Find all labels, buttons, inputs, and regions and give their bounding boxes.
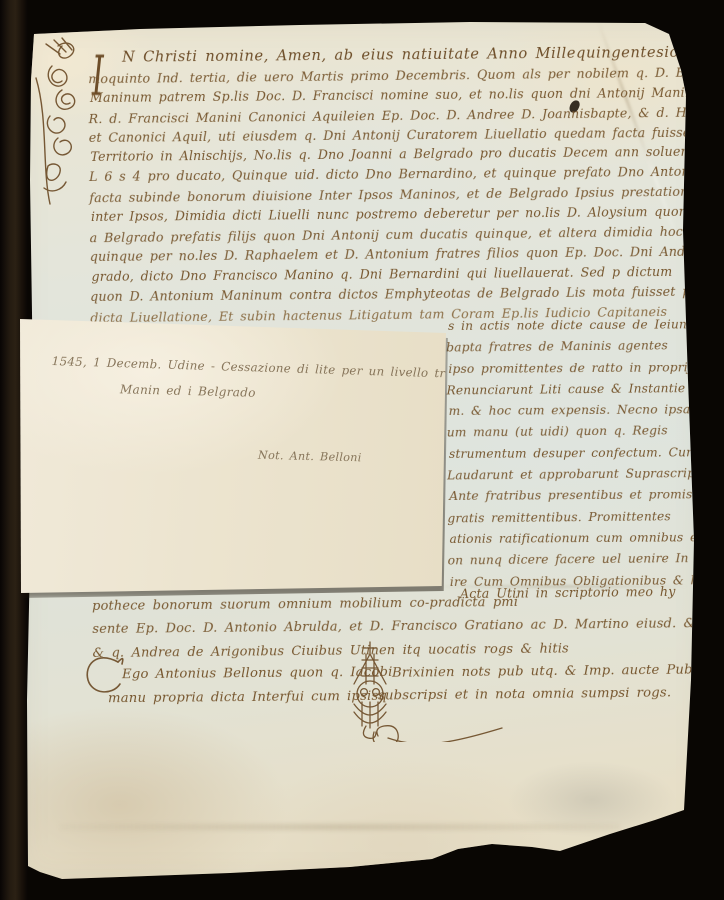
manuscript-lower-block: pothece bonorum suorum omnium mobilium c…	[92, 589, 724, 666]
subscription-line2-right: subscripsi et in nota omnia sumpsi rogs.	[378, 685, 671, 703]
manuscript-line: L 6 s 4 pro ducato, Quinque uid. dicto D…	[89, 161, 724, 187]
fold-crease	[432, 585, 688, 588]
manuscript-fragment-line: bapta fratres de Maninis agentes	[446, 335, 710, 359]
archival-slip: 1545, 1 Decemb. Udine - Cessazione di li…	[20, 314, 446, 594]
manuscript-fragment-line: Ante fratribus presentibus et promissis	[449, 485, 713, 508]
manuscript-fragment-line: Laudarunt et approbarunt Suprascripti	[447, 463, 711, 487]
manuscript-fragment-line: ire Cum Omnibus Obligationibus & hyp	[450, 570, 714, 593]
manuscript-line: et Canonici Aquil, uti eiusdem q. Dni An…	[89, 122, 724, 148]
manuscript-line: N Christi nomine, Amen, ab eius natiuita…	[88, 42, 724, 68]
manuscript-fragment-line: s in actis note dicte cause de Ieiunij	[448, 314, 712, 337]
manuscript-line: facta subinde bonorum diuisione Inter Ip…	[89, 181, 724, 208]
slip-note-line2: Manin ed i Belgrado	[120, 382, 256, 400]
manuscript-line: Maninum patrem Sp.lis Doc. D. Francisci …	[90, 82, 724, 108]
paragraph-mark-icon	[82, 654, 126, 702]
manuscript-fragment-line: gratis remittentibus. Promittentes	[447, 505, 711, 529]
manuscript-fragment-block: s in actis note dicte cause de Ieiunijba…	[448, 314, 714, 593]
ink-blot	[568, 99, 581, 114]
subscription-line2-left: manu propria dicta Interfui cum ipsisq	[108, 689, 387, 706]
manuscript-lower-line: sente Ep. Doc. D. Antonio Abrulda, et D.…	[92, 612, 724, 642]
manuscript-fragment-line: um manu (ut uidi) quon q. Regis	[447, 420, 711, 444]
manuscript-line: quon D. Antonium Maninum contra dictos E…	[90, 281, 724, 307]
manuscript-fragment-line: strumentum desuper confectum. Cum	[449, 442, 713, 465]
manuscript-text-block: N Christi nomine, Amen, ab eius natiuita…	[88, 42, 724, 326]
acta-line: Acta Utini in scriptorio meo hy	[460, 584, 676, 601]
fold-crease	[60, 824, 620, 830]
subscription-line1-right: Brixinien nots pub utq. & Imp. aucte Pub…	[392, 662, 717, 680]
manuscript-lower-line: & q. Andrea de Arigonibus Ciuibus Utinen…	[92, 635, 724, 665]
manuscript-line: R. d. Francisci Manini Canonici Aquileie…	[89, 101, 724, 128]
manuscript-line: inter Ipsos, Dimidia dicti Liuelli nunc …	[91, 201, 724, 227]
manuscript-fragment-line: on nunq dicere facere uel uenire In	[448, 548, 712, 572]
slip-note-line1: 1545, 1 Decemb. Udine - Cessazione di li…	[52, 354, 505, 382]
manuscript-line: dicta Liuellatione, Et subin hactenus Li…	[90, 300, 724, 327]
subscription-line1-left: Ego Antonius Bellonus quon q. Iacobi	[122, 665, 393, 682]
pen-flourish-icon	[28, 36, 98, 226]
decorated-initial-icon: I	[92, 46, 104, 110]
manuscript-line: grado, dicto Dno Francisco Manino q. Dni…	[91, 261, 724, 287]
photographed-manuscript: I N Christi nomine, Amen, ab eius natiui…	[0, 0, 724, 900]
notarial-sign-icon	[326, 638, 508, 742]
manuscript-fragment-line: Renunciarunt Liti cause & Instantie	[446, 378, 710, 402]
manuscript-line: moquinto Ind. tertia, die uero Martis pr…	[88, 62, 724, 89]
manuscript-line: Territorio in Alnischijs, No.lis q. Dno …	[90, 141, 724, 167]
manuscript-line: a Belgrado prefatis filijs quon Dni Anto…	[90, 221, 724, 248]
manuscript-fragment-line: ipso promittentes de ratto in proprijs	[448, 357, 712, 380]
fold-crease	[596, 19, 684, 255]
manuscript-fragment-line: m. & hoc cum expensis. Necno ipsas	[449, 399, 713, 422]
slip-notary-signature: Not. Ant. Belloni	[258, 449, 362, 465]
manuscript-line: quinque per no.les D. Raphaelem et D. An…	[90, 241, 724, 267]
manuscript-fragment-line: ationis ratificationum cum omnibus et	[449, 527, 713, 550]
